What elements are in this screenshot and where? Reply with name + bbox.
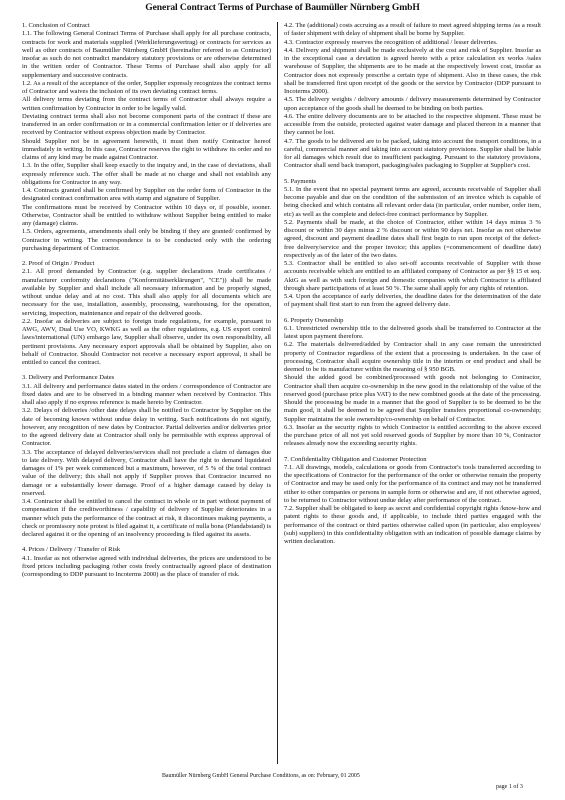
spacer [22,253,271,260]
paragraph-1-1: 1.1. The following General Contract Term… [22,30,271,80]
paragraph-1-4b: The confirmations must be received by Co… [22,204,271,229]
paragraph-2-2: 2.2. Insofar as deliveries are subject t… [22,318,271,368]
paragraph-5-4: 5.4. Upon the acceptance of early delive… [284,293,541,310]
section-heading-2: 2. Proof of Origin / Product [22,260,271,268]
section-heading-1: 1. Conclusion of Contract [22,22,271,30]
paragraph-3-1: 3.1. All delivery and performance dates … [22,383,271,408]
paragraph-3-2: 3.2. Delays of deliveries /other date de… [22,407,271,448]
paragraph-4-3: 4.3. Contractor expressly reserves the r… [284,39,541,47]
paragraph-4-4: 4.4. Delivery and shipment shall be made… [284,47,541,97]
paragraph-6-2b: Should the added good be combined/proces… [284,374,541,424]
section-heading-5: 5. Payments [284,178,541,186]
left-column: 1. Conclusion of Contract 1.1. The follo… [22,22,271,579]
paragraph-5-1: 5.1. In the event that no special paymen… [284,186,541,219]
paragraph-7-2: 7.2. Supplier shall be obligated to keep… [284,505,541,546]
spacer [22,367,271,374]
paragraph-3-3: 3.3. The acceptance of delayed deliverie… [22,449,271,499]
paragraph-1-2d: Should Supplier not be in agreement here… [22,138,271,163]
paragraph-1-2b: All delivery terms deviating from the co… [22,96,271,113]
paragraph-4-6: 4.6. The entire delivery documents are t… [284,113,541,138]
right-column: 4.2. The (additional) costs accruing as … [284,22,541,546]
paragraph-4-1: 4.1. Insofar as not otherwise agreed wit… [22,555,271,580]
section-heading-3: 3. Delivery and Performance Dates [22,374,271,382]
paragraph-4-7: 4.7. The goods to be delivered are to be… [284,138,541,171]
paragraph-1-5: 1.5. Orders, agreements, amendments shal… [22,228,271,253]
paragraph-1-2: 1.2. As a result of the acceptance of th… [22,80,271,97]
paragraph-4-5: 4.5. The delivery weights / delivery amo… [284,96,541,113]
document-title: General Contract Terms of Purchase of Ba… [0,2,565,13]
paragraph-6-2: 6.2. The materials delivered/added by Co… [284,341,541,374]
paragraph-6-1: 6.1. Unrestricted ownership title to the… [284,325,541,342]
paragraph-5-3: 5.3. Contractor shall be entitled to als… [284,260,541,293]
paragraph-1-3: 1.3. In the offer, Supplier shall keep e… [22,162,271,187]
section-heading-4: 4. Prices / Delivery / Transfer of Risk [22,546,271,554]
paragraph-1-2c: Deviating contract terms shall also not … [22,113,271,138]
paragraph-5-2: 5.2. Payments shall be made, at the choi… [284,219,541,260]
paragraph-2-1: 2.1. All proof demanded by Contractor (e… [22,268,271,318]
column-divider [277,22,278,764]
paragraph-3-4: 3.4. Contractor shall be entitled to can… [22,498,271,539]
spacer [284,171,541,178]
footer-text: Baumüller Nürnberg GmbH General Purchase… [162,773,360,779]
section-heading-6: 6. Property Ownership [284,317,541,325]
spacer [284,310,541,317]
paragraph-6-3: 6.3. Insofar as the security rights to w… [284,424,541,449]
spacer [284,449,541,456]
paragraph-7-1: 7.1. All drawings, models, calculations … [284,464,541,505]
paragraph-1-4: 1.4. Contracts granted shall be confirme… [22,187,271,204]
section-heading-7: 7. Confidentiality Obligation and Custom… [284,456,541,464]
page-number: page 1 of 3 [496,784,523,790]
paragraph-4-2: 4.2. The (additional) costs accruing as … [284,22,541,39]
spacer [22,539,271,546]
